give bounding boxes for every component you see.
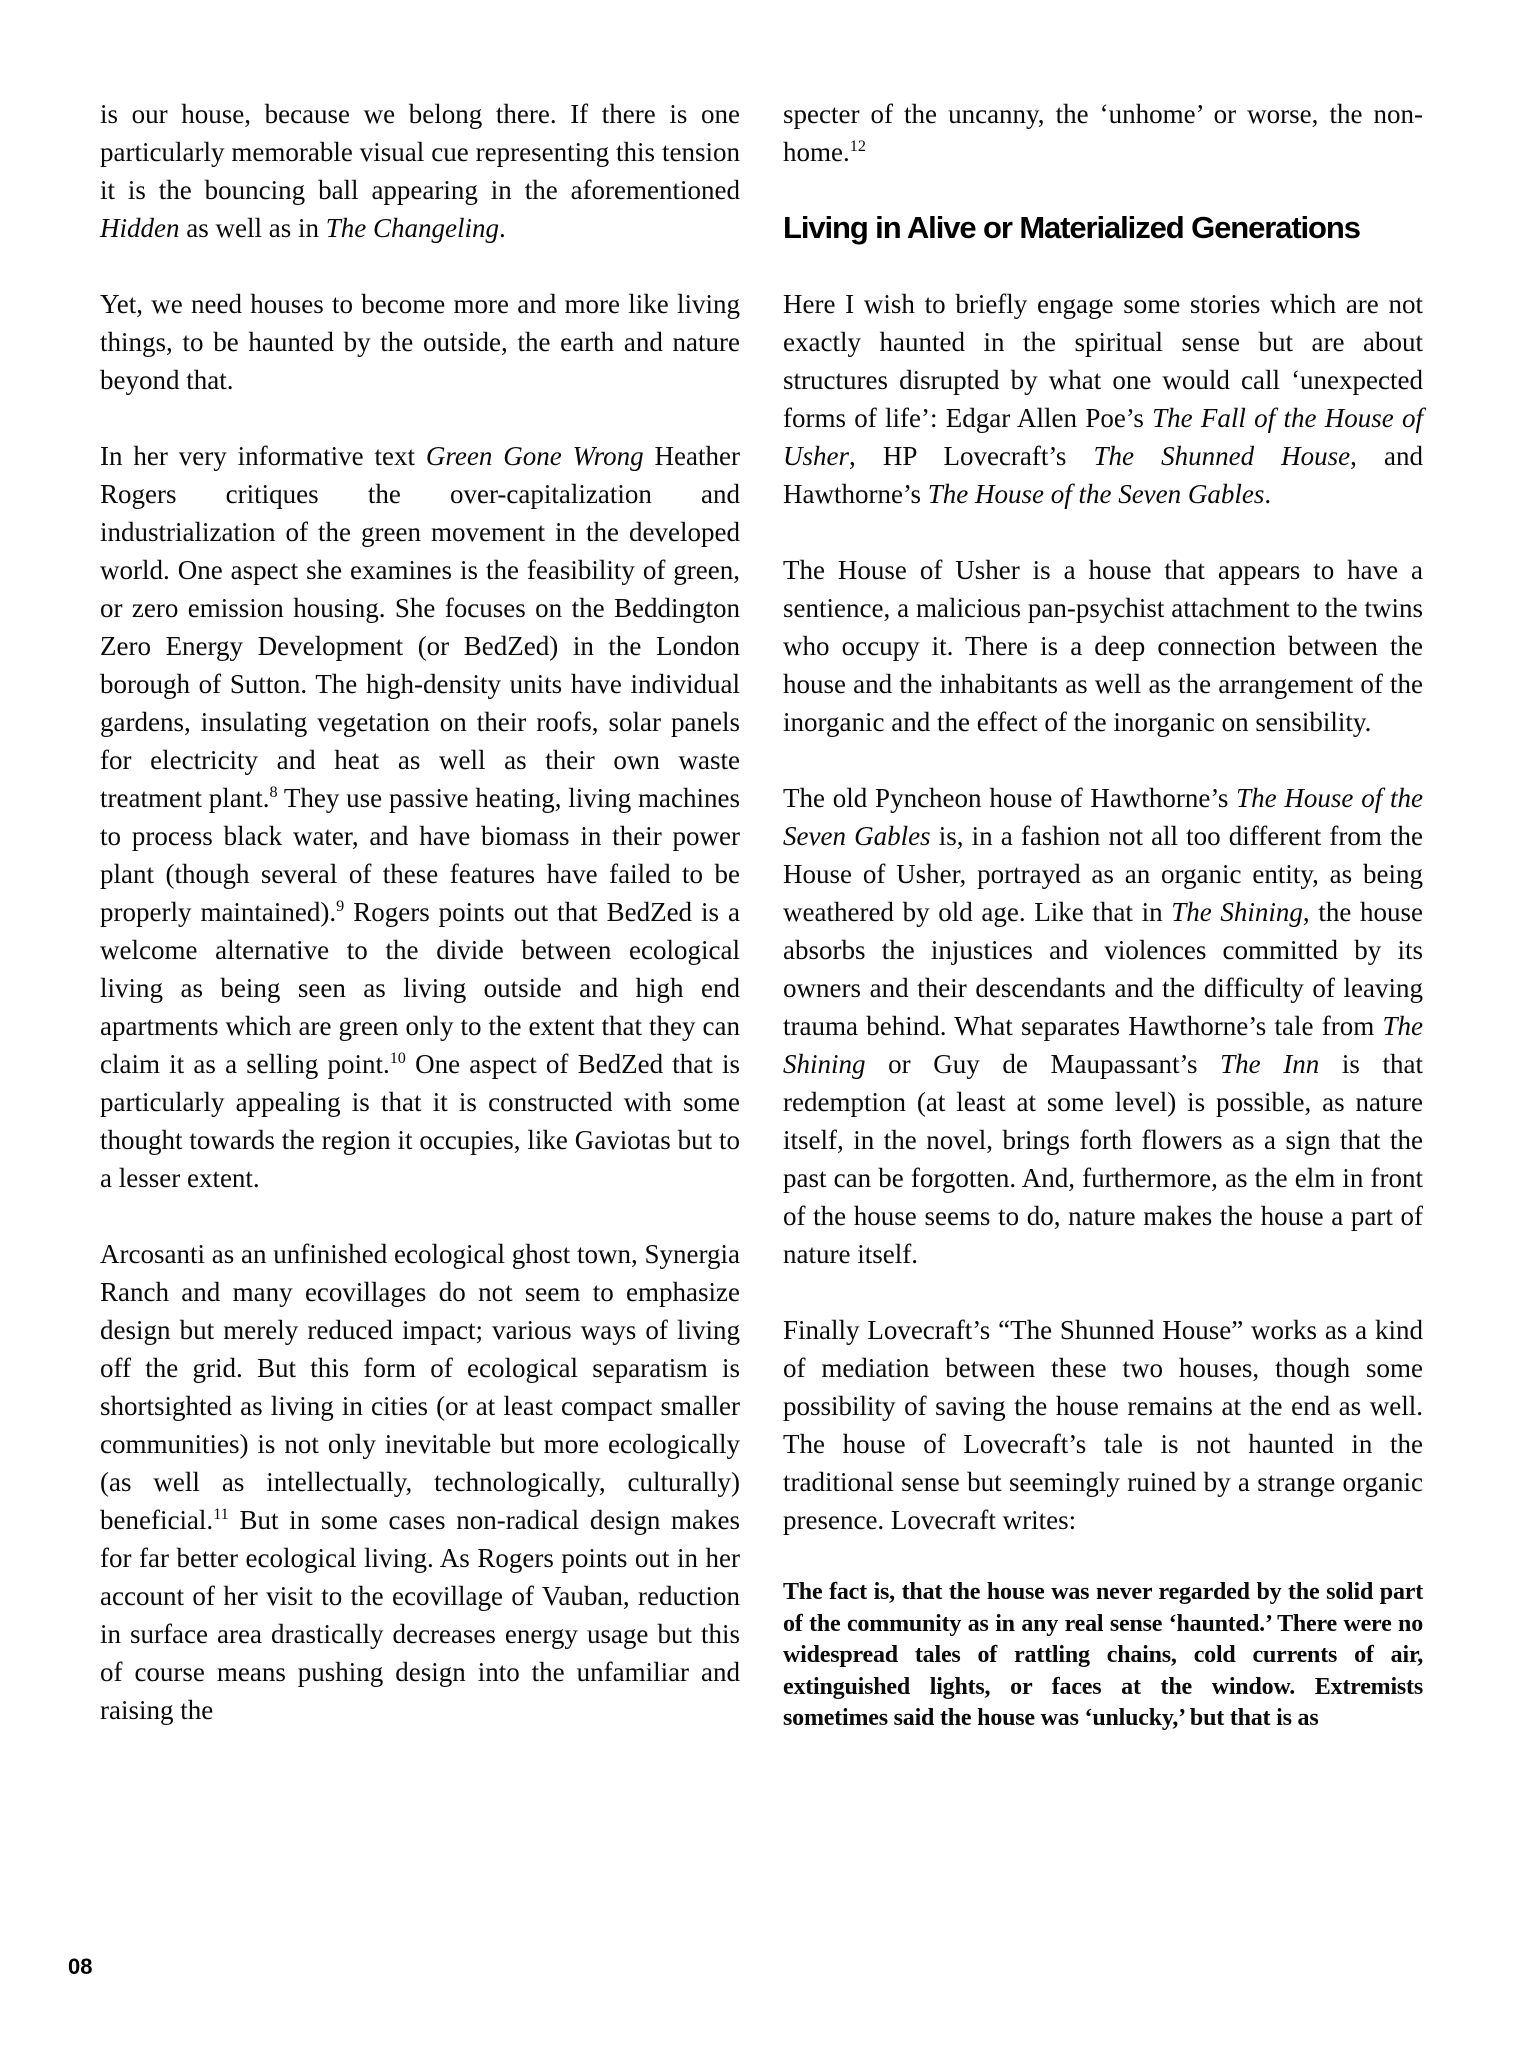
body-text: Heather Rogers critiques the over-capita… — [100, 441, 740, 813]
paragraph: The House of Usher is a house that appea… — [783, 551, 1423, 741]
footnote-marker: 11 — [213, 1505, 229, 1523]
italic-title-text: Hidden — [100, 213, 179, 243]
paragraph: Yet, we need houses to become more and m… — [100, 285, 740, 399]
right-text-column: specter of the uncanny, the ‘unhome’ or … — [783, 95, 1423, 1735]
footnote-marker: 8 — [269, 783, 277, 801]
paragraph: Arcosanti as an unfinished ecological gh… — [100, 1235, 740, 1729]
italic-title-text: The Shunned House — [1094, 441, 1351, 471]
body-text: Finally Lovecraft’s “The Shunned House” … — [783, 1315, 1423, 1535]
paragraph: specter of the uncanny, the ‘unhome’ or … — [783, 95, 1423, 171]
body-text: In her very informative text — [100, 441, 426, 471]
section-heading: Living in Alive or Materialized Generati… — [783, 209, 1423, 247]
italic-title-text: The Changeling — [326, 213, 499, 243]
body-text: , HP Lovecraft’s — [849, 441, 1094, 471]
footnote-marker: 12 — [850, 137, 866, 155]
body-text: specter of the uncanny, the ‘unhome’ or … — [783, 99, 1423, 167]
italic-title-text: The Inn — [1220, 1049, 1319, 1079]
footnote-marker: 10 — [390, 1049, 406, 1067]
body-text: But in some cases non-radical design mak… — [100, 1505, 740, 1725]
italic-title-text: Green Gone Wrong — [426, 441, 644, 471]
paragraph: Finally Lovecraft’s “The Shunned House” … — [783, 1311, 1423, 1539]
page-number: 08 — [68, 1954, 92, 1980]
body-text: The fact is, that the house was never re… — [783, 1579, 1423, 1731]
body-text: is that redemption (at least at some lev… — [783, 1049, 1423, 1269]
body-text: as well as in — [179, 213, 325, 243]
body-text: The House of Usher is a house that appea… — [783, 555, 1423, 737]
body-text: is our house, because we belong there. I… — [100, 99, 740, 205]
block-quote: The fact is, that the house was never re… — [783, 1577, 1423, 1735]
body-text: or Guy de Maupassant’s — [866, 1049, 1221, 1079]
left-text-column: is our house, because we belong there. I… — [100, 95, 740, 1767]
paragraph: In her very informative text Green Gone … — [100, 437, 740, 1197]
body-text: Yet, we need houses to become more and m… — [100, 289, 740, 395]
document-page: is our house, because we belong there. I… — [0, 0, 1522, 2048]
body-text: . — [499, 213, 506, 243]
paragraph: Here I wish to briefly engage some stori… — [783, 285, 1423, 513]
body-text: The old Pyncheon house of Hawthorne’s — [783, 783, 1236, 813]
body-text: Arcosanti as an unfinished ecological gh… — [100, 1239, 740, 1535]
italic-title-text: The Shining — [1171, 897, 1303, 927]
paragraph: The old Pyncheon house of Hawthorne’s Th… — [783, 779, 1423, 1273]
paragraph: is our house, because we belong there. I… — [100, 95, 740, 247]
body-text: . — [1264, 479, 1271, 509]
italic-title-text: The House of the Seven Gables — [928, 479, 1265, 509]
body-text: Living in Alive or Materialized Generati… — [783, 210, 1360, 245]
